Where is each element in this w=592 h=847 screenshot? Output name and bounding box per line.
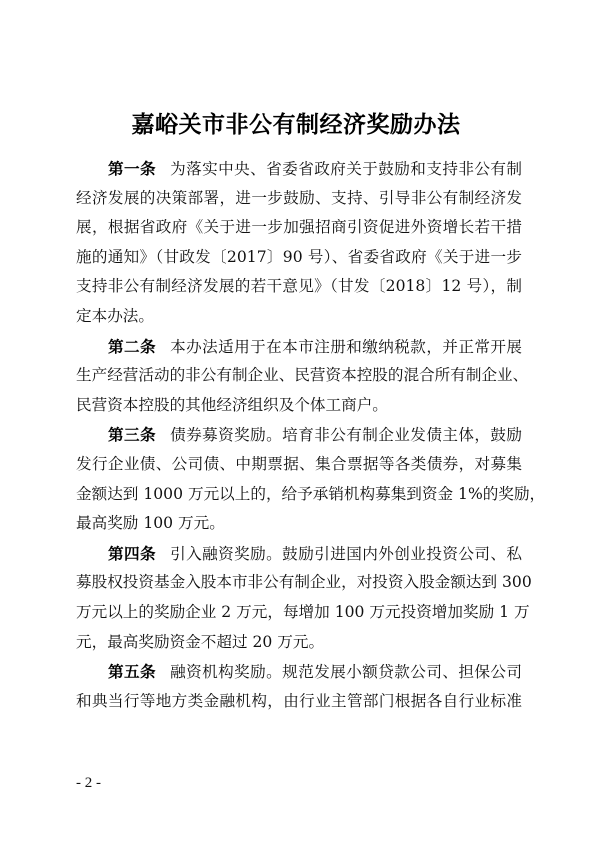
article-2-line-2: 生产经营活动的非公有制企业、民营资本控股的混合所有制企业、: [76, 361, 522, 391]
article-1-label: 第一条: [108, 159, 156, 178]
article-5-label: 第五条: [108, 662, 156, 681]
article-5-line-2: 和典当行等地方类金融机构，由行业主管部门根据各自行业标准: [76, 687, 522, 717]
article-2-line-3: 民营资本控股的其他经济组织及个体工商户。: [76, 391, 522, 421]
article-3-line-2: 发行企业债、公司债、中期票据、集合票据等各类债券，对募集: [76, 450, 522, 480]
article-2-label: 第二条: [108, 337, 156, 356]
article-1-line-3: 展，根据省政府《关于进一步加强招商引资促进外资增长若干措: [76, 213, 522, 243]
article-1-line-2: 经济发展的决策部署，进一步鼓励、支持、引导非公有制经济发: [76, 184, 522, 214]
document-body: 第一条为落实中央、省委省政府关于鼓励和支持非公有制 经济发展的决策部署，进一步鼓…: [76, 154, 522, 716]
article-5-line-1: 第五条融资机构奖励。规范发展小额贷款公司、担保公司: [76, 657, 522, 687]
article-3-line-3: 金额达到 1000 万元以上的，给予承销机构募集到资金 1%的奖励，: [76, 480, 522, 510]
page-number: - 2 -: [76, 775, 101, 792]
article-1-line-1: 第一条为落实中央、省委省政府关于鼓励和支持非公有制: [76, 154, 522, 184]
article-2-line-1: 第二条本办法适用于在本市注册和缴纳税款，并正常开展: [76, 332, 522, 362]
article-1-line-5: 支持非公有制经济发展的若干意见》（甘发〔2018〕12 号），制: [76, 272, 522, 302]
article-1-line-6: 定本办法。: [76, 302, 522, 332]
article-1-line-4: 施的通知》（甘政发〔2017〕90 号）、省委省政府《关于进一步: [76, 243, 522, 273]
article-4-line-4: 元，最高奖励资金不超过 20 万元。: [76, 628, 522, 658]
article-3-line-4: 最高奖励 100 万元。: [76, 509, 522, 539]
article-3-label: 第三条: [108, 425, 156, 444]
article-3-line-1: 第三条债券募资奖励。培育非公有制企业发债主体，鼓励: [76, 420, 522, 450]
article-4-line-2: 募股权投资基金入股本市非公有制企业，对投资入股金额达到 300: [76, 568, 522, 598]
article-4-line-3: 万元以上的奖励企业 2 万元，每增加 100 万元投资增加奖励 1 万: [76, 598, 522, 628]
article-4-label: 第四条: [108, 544, 156, 563]
article-4-line-1: 第四条引入融资奖励。鼓励引进国内外创业投资公司、私: [76, 539, 522, 569]
document-title: 嘉峪关市非公有制经济奖励办法: [0, 106, 592, 139]
